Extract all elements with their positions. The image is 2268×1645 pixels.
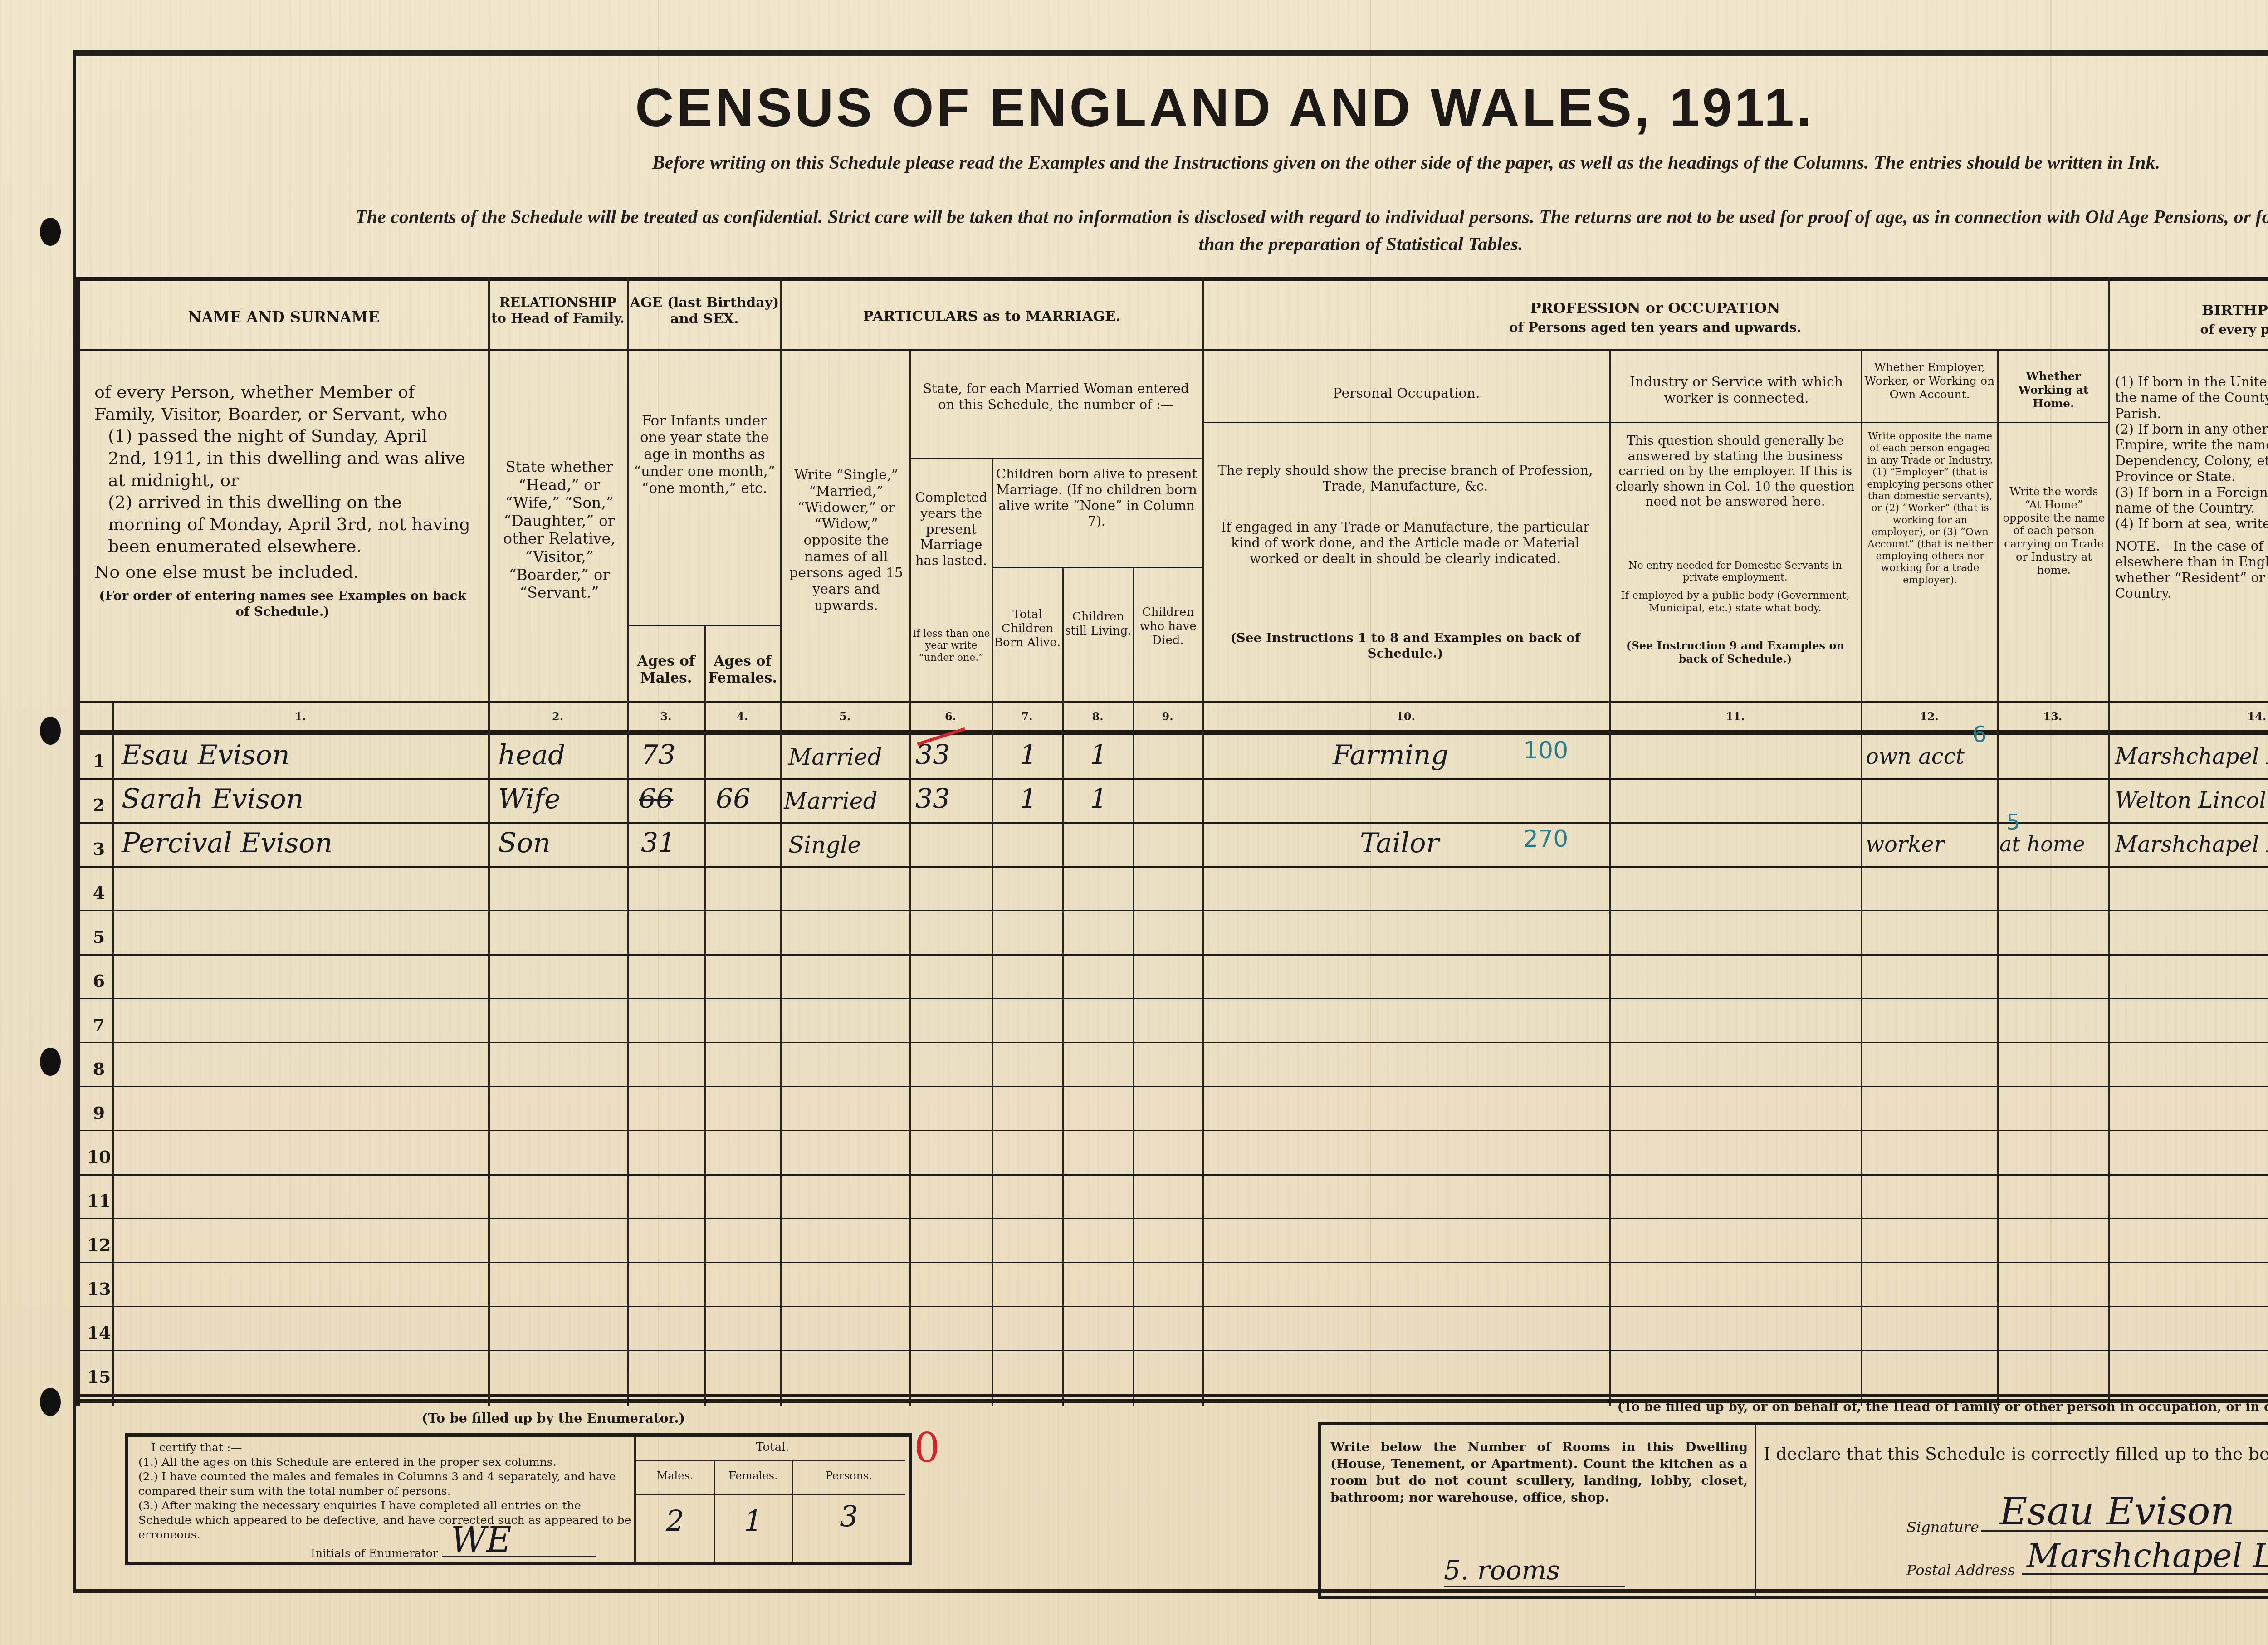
employer-status-value[interactable]: worker <box>1866 832 1944 857</box>
col-num-13: 13. <box>1997 710 2108 723</box>
age-male-value[interactable]: 31 <box>641 827 675 859</box>
age-instructions: For Infants under one year state the age… <box>632 413 777 497</box>
header-occupation-subtitle: of Persons aged ten years and upwards. <box>1204 320 2107 336</box>
row-number: 9 <box>85 1103 112 1123</box>
header-employer: Whether Employer, Worker, or Working on … <box>1863 361 1996 401</box>
industry-desc: This question should generally be answer… <box>1614 433 1857 509</box>
birthplace-desc-1: (1) If born in the United Kingdom, write… <box>2115 374 2268 421</box>
birthplace-instructions: (1) If born in the United Kingdom, write… <box>2115 374 2268 601</box>
total-males-value[interactable]: 2 <box>636 1505 714 1538</box>
total-label: Total. <box>636 1440 909 1454</box>
enumerator-box: I certify that :— (1.) All the ages on t… <box>125 1433 912 1565</box>
females-label: Females. <box>715 1469 792 1482</box>
header-ages-females: Ages of Females. <box>706 653 779 687</box>
industry-desc-3: If employed by a public body (Government… <box>1614 590 1857 615</box>
header-birthplace: BIRTHPLACE <box>2111 302 2268 319</box>
marriage-years-instructions: Completed years the present Marriage has… <box>911 490 992 569</box>
col-num-3: 3. <box>627 710 704 723</box>
name-order-note: (For order of entering names see Example… <box>94 588 471 620</box>
signature-value[interactable]: Esau Evison <box>1999 1489 2235 1533</box>
instruction-line: Before writing on this Schedule please r… <box>431 152 2268 174</box>
row-number: 7 <box>85 1015 112 1035</box>
row-number: 2 <box>85 795 112 815</box>
industry-desc-2: No entry needed for Domestic Servants in… <box>1614 560 1857 584</box>
enumerator-initials[interactable]: WE <box>451 1518 512 1562</box>
working-at-home-desc: Write the words “At Home” opposite the n… <box>2002 485 2106 577</box>
children-born-value[interactable]: 1 <box>1020 783 1037 815</box>
children-instructions: Children born alive to present Marriage.… <box>993 466 1200 529</box>
age-male-value[interactable]: 73 <box>641 739 675 771</box>
total-persons-value[interactable]: 3 <box>793 1500 905 1534</box>
row-number: 5 <box>85 927 112 947</box>
enumerator-heading: (To be filled up by the Enumerator.) <box>349 1411 758 1426</box>
name-nobody-else: No one else must be included. <box>94 561 471 583</box>
condition-value[interactable]: Single <box>788 832 861 858</box>
header-name-surname: NAME AND SURNAME <box>81 308 487 327</box>
col-num-6: 6. <box>909 710 992 723</box>
working-at-home-value[interactable]: at home <box>1999 832 2085 856</box>
marriage-condition-instructions: Write “Single,” “Married,” “Widower,” or… <box>784 467 909 614</box>
punch-hole-icon <box>40 218 61 246</box>
children-born-value[interactable]: 1 <box>1020 739 1037 771</box>
birthplace-value[interactable]: Welton Lincoln <box>2115 788 2268 813</box>
certify-item-1: (1.) All the ages on this Schedule are e… <box>138 1455 634 1469</box>
relationship-value[interactable]: Wife <box>498 783 561 815</box>
birthplace-desc-3: (3) If born in a Foreign Country, write … <box>2115 485 2268 517</box>
red-check-mark: 0 <box>914 1424 940 1472</box>
birthplace-desc-2: (2) If born in any other part of the Bri… <box>2115 421 2268 484</box>
col-num-1: 1. <box>112 710 488 723</box>
punch-hole-icon <box>40 717 61 745</box>
industry-note: (See Instruction 9 and Examples on back … <box>1614 639 1857 666</box>
certify-heading: I certify that :— <box>138 1440 634 1455</box>
name-item-1: (1) passed the night of Sunday, April 2n… <box>94 425 471 491</box>
personal-occupation-desc-2: If engaged in any Trade or Manufacture, … <box>1210 519 1600 566</box>
row-number: 13 <box>85 1279 112 1299</box>
children-living-value[interactable]: 1 <box>1090 783 1107 815</box>
row-number: 6 <box>85 971 112 991</box>
personal-occupation-desc-1: The reply should show the precise branch… <box>1210 463 1600 494</box>
header-still-living: Children still Living. <box>1064 610 1132 638</box>
header-working-at-home: Whether Working at Home. <box>1999 370 2107 410</box>
row-number: 12 <box>85 1235 112 1255</box>
males-label: Males. <box>636 1469 714 1482</box>
birthplace-note: NOTE.—In the case of persons born elsewh… <box>2115 538 2268 601</box>
col-num-7: 7. <box>992 710 1062 723</box>
birthplace-value[interactable]: Marshchapel Linc <box>2115 832 2268 857</box>
row-number: 11 <box>85 1191 112 1211</box>
relationship-value[interactable]: head <box>498 739 565 771</box>
header-age: AGE (last Birthday) and SEX. <box>630 295 779 327</box>
row-number: 10 <box>85 1147 112 1167</box>
home-code: 5 <box>2006 810 2020 835</box>
person-name[interactable]: Percival Evison <box>122 827 332 859</box>
occupation-value[interactable]: Farming <box>1333 739 1448 771</box>
form-frame <box>73 50 2268 1593</box>
relationship-value[interactable]: Son <box>498 827 551 859</box>
row-number: 3 <box>85 839 112 859</box>
header-relationship: RELATIONSHIP to Head of Family. <box>490 295 626 327</box>
col-num-5: 5. <box>780 710 909 723</box>
occupation-value[interactable]: Tailor <box>1360 827 1439 859</box>
head-section-heading: (To be filled up by, or on behalf of, th… <box>1406 1399 2268 1414</box>
col-num-4: 4. <box>704 710 780 723</box>
header-ages-males: Ages of Males. <box>629 653 704 687</box>
row-number: 1 <box>85 751 112 771</box>
name-column-instructions: of every Person, whether Member of Famil… <box>94 381 471 620</box>
document-title: CENSUS OF ENGLAND AND WALES, 1911. <box>522 77 1928 139</box>
name-item-2: (2) arrived in this dwelling on the morn… <box>94 491 471 557</box>
age-male-struck-value[interactable]: 66 <box>639 783 673 815</box>
header-personal-occupation: Personal Occupation. <box>1206 386 1607 402</box>
relationship-instructions: State whether “Head,” or “Wife,” “Son,” … <box>496 458 623 602</box>
postal-address-value[interactable]: Marshchapel Lincolnshire <box>2027 1537 2268 1575</box>
children-living-value[interactable]: 1 <box>1090 739 1107 771</box>
employer-desc: Write opposite the name of each person e… <box>1864 431 1996 586</box>
birthplace-value[interactable]: Marshchapel Lincs <box>2115 744 2268 769</box>
condition-value[interactable]: Married <box>784 788 877 814</box>
col-num-8: 8. <box>1062 710 1133 723</box>
person-name[interactable]: Esau Evison <box>122 739 290 771</box>
occupation-code: 100 <box>1523 737 1568 764</box>
confidential-line-2: than the preparation of Statistical Tabl… <box>680 234 2041 255</box>
signature-label: Signature <box>1906 1518 1979 1536</box>
persons-label: Persons. <box>793 1469 905 1482</box>
header-have-died: Children who have Died. <box>1135 605 1201 648</box>
birthplace-desc-4: (4) If born at sea, write “At Sea.” <box>2115 516 2268 532</box>
declaration-text: I declare that this Schedule is correctl… <box>1764 1444 2268 1464</box>
col-num-9: 9. <box>1133 710 1202 723</box>
marriage-years-value[interactable]: 33 <box>915 783 950 815</box>
name-intro: of every Person, whether Member of Famil… <box>94 381 471 425</box>
total-females-value[interactable]: 1 <box>715 1505 792 1538</box>
row-number: 14 <box>85 1323 112 1343</box>
row-number: 8 <box>85 1059 112 1079</box>
marriage-years-note: If less than one year write “under one.” <box>911 628 992 664</box>
punch-hole-icon <box>40 1388 61 1416</box>
confidential-line: The contents of the Schedule will be tre… <box>109 206 2268 228</box>
rooms-instructions: Write below the Number of Rooms in this … <box>1330 1439 1748 1506</box>
personal-occupation-note: (See Instructions 1 to 8 and Examples on… <box>1210 630 1600 661</box>
initials-label: Initials of Enumerator <box>311 1547 438 1560</box>
married-woman-instructions: State, for each Married Woman entered on… <box>913 381 1199 413</box>
header-marriage: PARTICULARS as to MARRIAGE. <box>782 308 1202 325</box>
head-section-box: Write below the Number of Rooms in this … <box>1318 1422 2268 1599</box>
employer-code: 6 <box>1972 721 1987 747</box>
header-birthplace-subtitle: of every person. <box>2111 322 2268 337</box>
certify-item-3: (3.) After making the necessary enquirie… <box>138 1499 634 1542</box>
employer-status-value[interactable]: own acct <box>1866 744 1965 769</box>
header-total-born-alive: Total Children Born Alive. <box>993 608 1061 650</box>
rooms-value[interactable]: 5. rooms <box>1444 1555 1625 1587</box>
col-num-11: 11. <box>1609 710 1861 723</box>
col-num-14: 14. <box>2108 710 2268 723</box>
col-num-10: 10. <box>1202 710 1609 723</box>
header-occupation: PROFESSION or OCCUPATION <box>1204 299 2107 317</box>
condition-value[interactable]: Married <box>788 744 882 770</box>
age-female-value[interactable]: 66 <box>716 783 750 815</box>
row-number: 4 <box>85 883 112 903</box>
certify-item-2: (2.) I have counted the males and female… <box>138 1469 634 1499</box>
postal-address-label: Postal Address <box>1906 1562 2015 1579</box>
col-num-2: 2. <box>488 710 627 723</box>
row-number: 15 <box>85 1367 112 1387</box>
person-name[interactable]: Sarah Evison <box>122 783 303 815</box>
punch-hole-icon <box>40 1048 61 1076</box>
header-industry: Industry or Service with which worker is… <box>1614 374 1859 407</box>
occupation-code: 270 <box>1523 825 1568 853</box>
